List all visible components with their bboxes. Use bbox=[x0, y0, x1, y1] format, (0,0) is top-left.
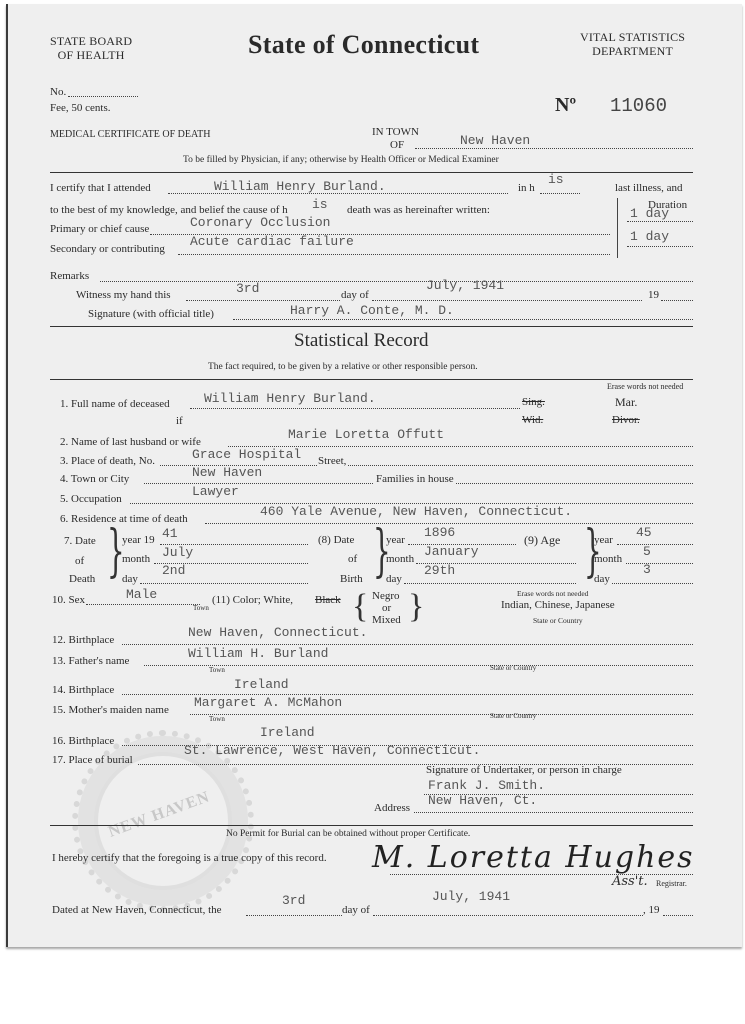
vital-stats-line2: DEPARTMENT bbox=[580, 44, 685, 58]
q3-label: 3. Place of death, No. bbox=[60, 455, 155, 467]
races-options: Indian, Chinese, Japanese bbox=[501, 599, 615, 611]
certify-copy-label: I hereby certify that the foregoing is a… bbox=[52, 852, 327, 864]
address-field bbox=[414, 812, 693, 813]
q16-label: 16. Birthplace bbox=[52, 735, 114, 747]
in-his-value: is bbox=[548, 172, 564, 187]
registrar-signature: M. Loretta Hughes bbox=[372, 840, 695, 875]
state-board-line2: OF HEALTH bbox=[50, 48, 132, 62]
q11-black: Black bbox=[315, 594, 341, 606]
q14-label: 14. Birthplace bbox=[52, 684, 114, 696]
witness-day-value: 3rd bbox=[236, 281, 259, 296]
q9-month-value: 5 bbox=[643, 544, 651, 559]
q11-label: (11) Color; White, bbox=[212, 594, 293, 606]
q14-value: Ireland bbox=[234, 677, 289, 692]
primary-cause-value: Coronary Occlusion bbox=[190, 215, 330, 230]
q15-field bbox=[190, 714, 693, 715]
town-caption: Town bbox=[193, 604, 209, 612]
remarks-field bbox=[100, 281, 693, 282]
q15-town-caption: Town bbox=[209, 715, 225, 723]
q11-mixed: Mixed bbox=[372, 614, 401, 626]
q4-families-label: Families in house bbox=[374, 473, 456, 485]
witness-month-value: July, 1941 bbox=[426, 278, 504, 293]
q9-month-field bbox=[626, 563, 693, 564]
divider bbox=[50, 379, 693, 380]
q7-month-value: July bbox=[162, 545, 193, 560]
in-his-field bbox=[540, 193, 580, 194]
marital-married: Mar. bbox=[615, 395, 637, 410]
state-country-caption: State or Country bbox=[533, 616, 583, 625]
q10-label: 10. Sex bbox=[52, 594, 85, 606]
in-town-of-label: OF bbox=[390, 139, 404, 151]
number-label: No. bbox=[50, 86, 66, 98]
q6-field bbox=[205, 523, 693, 524]
q8-day-label: day bbox=[386, 573, 402, 585]
witness-day-field bbox=[186, 300, 340, 301]
q9-year-label: year bbox=[594, 534, 613, 546]
in-his-label: in h bbox=[518, 182, 535, 194]
dated-month-field bbox=[373, 915, 643, 916]
q8-day-value: 29th bbox=[424, 563, 455, 578]
certificate-number-label: Nº bbox=[555, 94, 576, 117]
q9-day-field bbox=[612, 583, 693, 584]
q11-negro: Negro bbox=[372, 590, 400, 602]
q9-day-label: day bbox=[594, 573, 610, 585]
q9-month-label: month bbox=[594, 553, 622, 565]
q16-value: Ireland bbox=[260, 725, 315, 740]
q9-day-value: 3 bbox=[643, 562, 651, 577]
q10-value: Male bbox=[126, 587, 157, 602]
q4-value: New Haven bbox=[192, 465, 262, 480]
secondary-duration-field bbox=[627, 246, 693, 247]
statistical-record-title: Statistical Record bbox=[294, 330, 429, 352]
q13-town-caption: Town bbox=[209, 666, 225, 674]
q5-value: Lawyer bbox=[192, 484, 239, 499]
statistical-record-subtitle: The fact required, to be given by a rela… bbox=[208, 362, 478, 372]
seal-text: NEW HAVEN bbox=[106, 788, 212, 841]
signature-field bbox=[233, 319, 693, 320]
fee-label: Fee, 50 cents. bbox=[50, 102, 110, 114]
q8-label-of: of bbox=[348, 553, 357, 565]
dated-day-value: 3rd bbox=[282, 893, 305, 908]
q8-year-value: 1896 bbox=[424, 525, 455, 540]
assistant-abbrev: Ass't. bbox=[612, 874, 648, 889]
q15-value: Margaret A. McMahon bbox=[194, 695, 342, 710]
attended-value: William Henry Burland. bbox=[214, 179, 386, 194]
q9-label: (9) Age bbox=[524, 533, 560, 548]
q2-value: Marie Loretta Offutt bbox=[288, 427, 444, 442]
q10-field bbox=[86, 604, 200, 605]
q5-label: 5. Occupation bbox=[60, 493, 122, 505]
erase-note: Erase words not needed bbox=[607, 382, 683, 391]
address-value: New Haven, Ct. bbox=[428, 793, 537, 808]
witness-year-field bbox=[661, 300, 693, 301]
q4-label: 4. Town or City bbox=[60, 473, 129, 485]
secondary-cause-value: Acute cardiac failure bbox=[190, 234, 354, 249]
q7-year-value: 41 bbox=[162, 526, 178, 541]
q8-day-field bbox=[404, 583, 576, 584]
marital-widowed: Wid. bbox=[522, 414, 543, 426]
dated-day-field bbox=[246, 915, 342, 916]
q17-label: 17. Place of burial bbox=[52, 754, 133, 766]
dated-month-value: July, 1941 bbox=[432, 889, 510, 904]
in-town-field bbox=[415, 148, 693, 149]
vital-stats-line1: VITAL STATISTICS bbox=[580, 30, 685, 44]
q9-year-value: 45 bbox=[636, 525, 652, 540]
medical-certificate-heading: MEDICAL CERTIFICATE OF DEATH bbox=[50, 129, 210, 140]
undertaker-value: Frank J. Smith. bbox=[428, 778, 545, 793]
q7-year-label: year 19 bbox=[122, 534, 155, 546]
q12-value: New Haven, Connecticut. bbox=[188, 625, 367, 640]
witness-year-label: 19 bbox=[648, 289, 659, 301]
q8-year-label: year bbox=[386, 534, 405, 546]
q1-label: 1. Full name of deceased bbox=[60, 398, 170, 410]
state-board-label: STATE BOARD OF HEALTH bbox=[50, 34, 132, 62]
secondary-cause-label: Secondary or contributing bbox=[50, 243, 165, 255]
q13-value: William H. Burland bbox=[188, 646, 328, 661]
in-town-label: IN TOWN bbox=[372, 126, 419, 138]
number-field bbox=[68, 96, 138, 97]
dated-year-field bbox=[663, 915, 693, 916]
in-town-value: New Haven bbox=[460, 133, 530, 148]
address-label: Address bbox=[374, 802, 410, 814]
witness-month-field bbox=[372, 300, 642, 301]
q7-label-of: of bbox=[75, 555, 84, 567]
death-written-label: death was as hereinafter written: bbox=[347, 204, 490, 216]
state-board-line1: STATE BOARD bbox=[50, 34, 132, 48]
q8-month-value: January bbox=[424, 544, 479, 559]
dated-year-label: , 19 bbox=[643, 904, 660, 916]
signature-label: Signature (with official title) bbox=[88, 308, 214, 320]
divider bbox=[50, 825, 693, 826]
marital-single: Sing. bbox=[522, 396, 545, 408]
q11-or: or bbox=[382, 602, 391, 614]
witness-label: Witness my hand this bbox=[76, 289, 171, 301]
q7-day-label: day bbox=[122, 573, 138, 585]
q7-day-field bbox=[140, 583, 308, 584]
q8-month-label: month bbox=[386, 553, 414, 565]
registrar-label: Registrar. bbox=[656, 879, 687, 888]
remarks-label: Remarks bbox=[50, 270, 89, 282]
secondary-cause-field bbox=[178, 254, 610, 255]
q17-value: St. Lawrence, West Haven, Connecticut. bbox=[184, 743, 480, 758]
primary-duration-value: 1 day bbox=[630, 206, 669, 221]
instructions: To be filled by Physician, if any; other… bbox=[183, 155, 499, 165]
signature-value: Harry A. Conte, M. D. bbox=[290, 303, 454, 318]
q6-value: 460 Yale Avenue, New Haven, Connecticut. bbox=[260, 504, 572, 519]
vital-stats-label: VITAL STATISTICS DEPARTMENT bbox=[580, 30, 685, 58]
q7-label-date: 7. Date bbox=[64, 535, 96, 547]
dated-label: Dated at New Haven, Connecticut, the bbox=[52, 904, 222, 916]
erase-note-2: Erase words not needed bbox=[517, 589, 588, 598]
q12-label: 12. Birthplace bbox=[52, 634, 114, 646]
q7-month-label: month bbox=[122, 553, 150, 565]
q7-label-death: Death bbox=[69, 573, 95, 585]
q11-right-brace-icon: } bbox=[408, 588, 424, 626]
document-title: State of Connecticut bbox=[248, 30, 479, 60]
q2-label: 2. Name of last husband or wife bbox=[60, 436, 201, 448]
q11-left-brace-icon: { bbox=[352, 588, 368, 626]
marital-divorced: Divor. bbox=[612, 414, 640, 426]
certificate-number: 11060 bbox=[610, 95, 667, 117]
attended-label: I certify that I attended bbox=[50, 182, 151, 194]
q15-state-caption: State or Country bbox=[490, 712, 536, 720]
q1-field bbox=[190, 408, 520, 409]
duration-divider bbox=[617, 198, 618, 258]
q9-year-field bbox=[617, 544, 693, 545]
q1-value: William Henry Burland. bbox=[204, 391, 376, 406]
q12-field bbox=[122, 644, 693, 645]
q3-street-label: Street, bbox=[318, 455, 348, 467]
primary-cause-label: Primary or chief cause bbox=[50, 223, 149, 235]
dated-day-of-label: day of bbox=[342, 904, 370, 916]
q13-state-caption: State or Country bbox=[490, 664, 536, 672]
q8-label-date: (8) Date bbox=[318, 534, 354, 546]
q7-day-value: 2nd bbox=[162, 563, 185, 578]
q13-field bbox=[144, 665, 693, 666]
divider bbox=[50, 172, 693, 173]
primary-duration-field bbox=[627, 221, 693, 222]
divider bbox=[50, 326, 693, 327]
secondary-duration-value: 1 day bbox=[630, 229, 669, 244]
q3-value: Grace Hospital bbox=[192, 447, 301, 462]
last-illness-label: last illness, and bbox=[615, 182, 683, 194]
marital-if: if bbox=[176, 415, 183, 427]
q13-label: 13. Father's name bbox=[52, 655, 129, 667]
q8-label-birth: Birth bbox=[340, 573, 363, 585]
q15-label: 15. Mother's maiden name bbox=[52, 704, 169, 716]
witness-day-of-label: day of bbox=[341, 289, 369, 301]
knowledge-his-value: is bbox=[312, 197, 328, 212]
burial-permit-note: No Permit for Burial can be obtained wit… bbox=[226, 829, 470, 839]
undertaker-label: Signature of Undertaker, or person in ch… bbox=[426, 764, 622, 776]
